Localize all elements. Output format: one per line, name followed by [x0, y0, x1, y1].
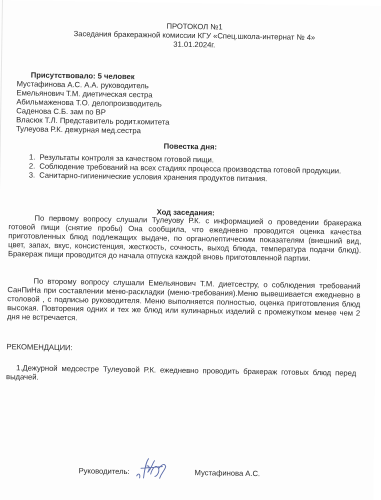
agenda-heading: Повестка дня: [164, 142, 217, 152]
signature-role-label: Руководитель: [79, 466, 130, 476]
attendee: Тулеуова Р.К. дежурная мед.сестра [16, 124, 141, 135]
signature-icon [134, 454, 168, 483]
signatory-name: Мустафинова А.С. [195, 468, 261, 478]
recommendation-item: 1.Дежурной медсестре Тулеуовой Р.К. ежед… [6, 363, 356, 387]
proceedings-paragraph-2: По второму вопросу слушали Емельянович Т… [7, 276, 361, 327]
recommendations-heading: РЕКОМЕНДАЦИИ: [6, 342, 72, 352]
proceedings-paragraph-1: По первому вопросу слушали Тулеуову Р.К.… [8, 213, 362, 264]
document-page: ПРОТОКОЛ №1 Заседания бракеражной комисс… [0, 0, 381, 500]
page-edge [0, 0, 3, 500]
agenda-list: Результаты контроля за качеством готовой… [23, 152, 341, 184]
